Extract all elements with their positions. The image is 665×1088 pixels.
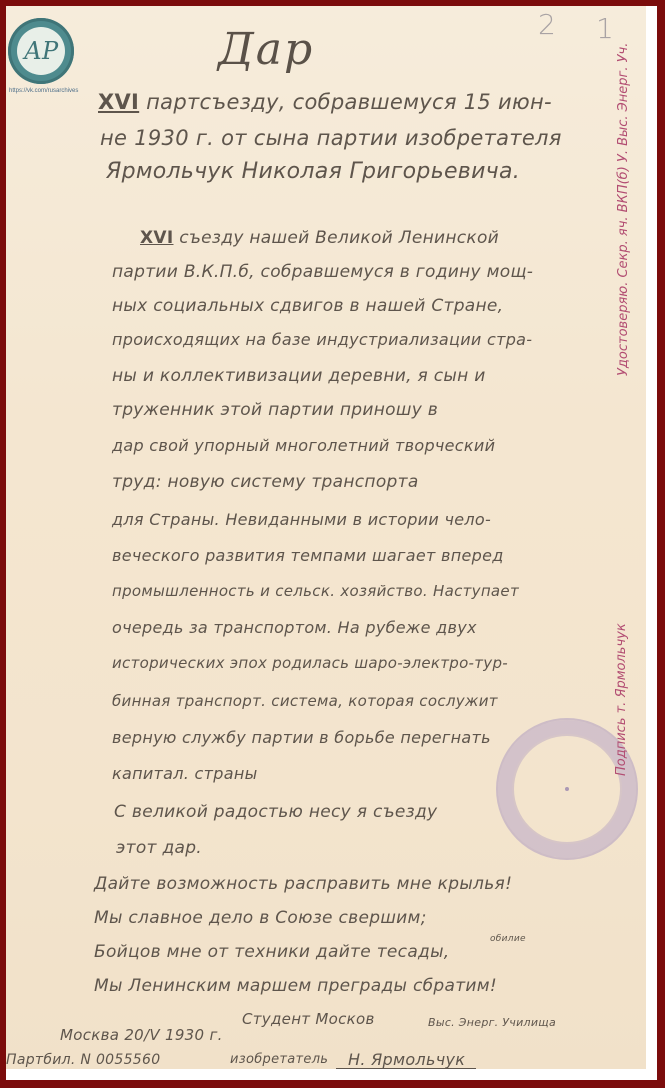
body-line: труженник этой партии приношу в	[112, 400, 438, 420]
roman-numeral: XVI	[98, 90, 139, 114]
body-line: XVI съезду нашей Великой Ленинской	[140, 228, 499, 248]
body-line: очередь за транспортом. На рубеже двух	[112, 618, 477, 637]
closing-line-1: С великой радостью несу я съезду	[114, 802, 437, 822]
body-line: дар свой упорный многолетний творческий	[112, 436, 495, 455]
address-line-2: не 1930 г. от сына партии изобретателя	[100, 126, 562, 150]
body-line: веческого развития темпами шагает вперед	[112, 546, 504, 565]
place-date: Москва 20/V 1930 г.	[60, 1026, 223, 1044]
signature-margin-note: Подпись т. Ярмольчук	[614, 623, 629, 776]
address-line-3: Ярмольчук Николая Григорьевича.	[106, 159, 520, 184]
body-line: исторических эпох родилась шаро-электро-…	[112, 654, 508, 672]
archive-url-caption: https://vk.com/rusarchives	[9, 88, 78, 94]
verse-line: Бойцов мне от техники дайте тесады,	[94, 942, 450, 962]
archive-logo: АР	[8, 18, 74, 84]
student-label: Студент Москов	[242, 1010, 375, 1028]
body-line: промышленность и сельск. хозяйство. Наст…	[112, 582, 519, 600]
page-number: 1	[596, 12, 614, 45]
document-frame: АР https://vk.com/rusarchives 2 1 Дар XV…	[6, 6, 657, 1080]
body-line: ны и коллективизации деревни, я сын и	[112, 366, 486, 386]
party-card-number: Партбил. N 0055560	[6, 1052, 160, 1068]
body-line: партии В.К.П.б, собравшемуся в годину мо…	[112, 262, 533, 282]
archive-monogram-icon: АР	[17, 27, 65, 75]
inventor-label: изобретатель	[230, 1052, 328, 1067]
body-line: капитал. страны	[112, 764, 258, 783]
stamp-center-dot	[565, 787, 569, 791]
verse-line: Дайте возможность расправить мне крылья!	[94, 874, 512, 894]
body-line: труд: новую систему транспорта	[112, 472, 419, 492]
institution: Выс. Энерг. Училища	[428, 1016, 556, 1029]
body-line: ных социальных сдвигов в нашей Стране,	[112, 296, 503, 316]
document-title: Дар	[218, 24, 314, 75]
verse-line: Мы Ленинским маршем преграды сбратим!	[94, 976, 497, 996]
certification-margin-note: Удостоверяю. Секр. яч. ВКП(б) У. Выс. Эн…	[616, 43, 631, 376]
verse-line: Мы славное дело в Союзе свершим;	[94, 908, 427, 928]
scanned-page: АР https://vk.com/rusarchives 2 1 Дар XV…	[6, 6, 646, 1069]
body-line: бинная транспорт. система, которая сослу…	[112, 692, 498, 710]
closing-line-2: этот дар.	[116, 838, 202, 858]
signature-underline	[336, 1068, 476, 1069]
body-line: верную службу партии в борьбе перегнать	[112, 728, 491, 747]
verse-correction: обилие	[490, 934, 526, 944]
page-number-crossed: 2	[538, 8, 556, 41]
body-line: для Страны. Невиданными в истории чело-	[112, 510, 491, 529]
address-line-1: XVI партсъезду, собравшемуся 15 июн-	[98, 90, 552, 114]
body-line: происходящих на базе индустриализации ст…	[112, 330, 532, 349]
signature: Н. Ярмольчук	[348, 1050, 465, 1069]
